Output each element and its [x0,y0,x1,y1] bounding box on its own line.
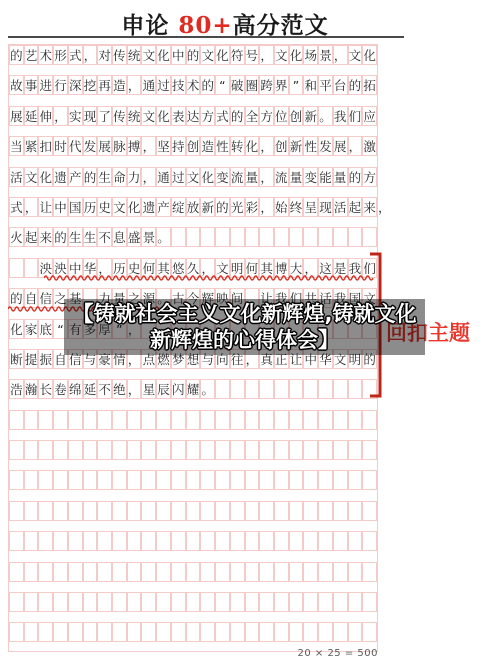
grid-cell [112,622,127,642]
grid-cell: 变 [303,167,318,187]
grid-cell [245,379,260,399]
grid-cell [289,501,304,521]
grid-cell: 产 [156,197,171,217]
grid-cell [230,410,245,430]
grid-cell [274,592,289,612]
grid-cell [303,470,318,490]
grid-cell [38,501,53,521]
grid-cell [171,622,186,642]
grid-cell: 的 [200,75,215,95]
grid-cell: 浩 [9,379,24,399]
grid-cell: 辰 [156,379,171,399]
grid-cell [230,227,245,247]
grid-cell [9,501,24,521]
grid-cell [112,562,127,582]
grid-cell: 延 [24,106,39,126]
grid-cell: 来 [38,227,53,247]
grid-cell [97,410,112,430]
grid-cell [97,470,112,490]
grid-row: 展延伸，实现了传统文化表达方式的全方位创新。我们应 [9,106,377,126]
grid-cell [112,501,127,521]
grid-cell: 新 [200,197,215,217]
grid-row [9,470,377,490]
grid-cell [127,592,142,612]
grid-cell [362,531,377,551]
grid-cell [171,410,186,430]
grid-cell [83,592,98,612]
grid-cell [333,592,348,612]
grid-cell [53,592,68,612]
grid-cell [97,562,112,582]
grid-cell: 活 [333,197,348,217]
grid-cell: 文 [112,197,127,217]
grid-cell [289,622,304,642]
grid-cell [362,592,377,612]
grid-cell [259,470,274,490]
grid-cell: 遗 [53,167,68,187]
grid-cell: 造 [200,136,215,156]
grid-cell [156,592,171,612]
grid-cell: 的 [9,45,24,65]
grid-cell: ， [83,45,98,65]
grid-cell: 变 [215,167,230,187]
grid-cell [362,470,377,490]
grid-cell: 能 [318,167,333,187]
grid-cell [127,440,142,460]
grid-cell [333,470,348,490]
grid-cell [274,470,289,490]
grid-cell: ， [259,136,274,156]
grid-cell [230,379,245,399]
grid-cell [68,531,83,551]
grid-cell: 搏 [127,136,142,156]
grid-cell [186,562,201,582]
grid-cell: ， [348,136,363,156]
grid-cell: 拓 [362,75,377,95]
grid-cell [318,470,333,490]
grid-cell: 式 [68,45,83,65]
grid-cell: 形 [53,45,68,65]
grid-cell [274,410,289,430]
grid-cell [333,379,348,399]
grid-cell [53,622,68,642]
grid-cell: 闪 [171,379,186,399]
grid-cell: 表 [171,106,186,126]
grid-cell [289,227,304,247]
grid-cell [348,379,363,399]
grid-cell [9,622,24,642]
grid-row [9,562,377,582]
grid-cell [9,410,24,430]
grid-cell [24,531,39,551]
grid-cell [186,531,201,551]
grid-cell: 号 [245,45,260,65]
grid-cell [171,501,186,521]
grid-cell [68,410,83,430]
grid-cell: 统 [127,45,142,65]
grid-cell [83,501,98,521]
grid-cell: 不 [97,379,112,399]
grid-cell: 当 [9,136,24,156]
grid-cell: 传 [112,106,127,126]
grid-cell: 统 [127,106,142,126]
grid-cell: ， [141,167,156,187]
grid-cell [215,562,230,582]
grid-cell: 遗 [141,197,156,217]
grid-cell: 扣 [38,136,53,156]
grid-cell [38,592,53,612]
grid-cell [274,562,289,582]
grid-cell: 造 [112,75,127,95]
grid-cell: 跨 [259,75,274,95]
grid-cell: 呈 [303,197,318,217]
grid-cell: 艺 [24,45,39,65]
grid-cell [348,410,363,430]
grid-cell [38,622,53,642]
grid-cell: 延 [83,379,98,399]
grid-cell: 方 [259,106,274,126]
grid-cell [200,501,215,521]
grid-cell [156,501,171,521]
grid-cell [200,592,215,612]
grid-cell [171,440,186,460]
grid-cell [141,410,156,430]
grid-cell: 历 [83,197,98,217]
grid-cell: 化 [245,136,260,156]
grid-cell: 命 [112,167,127,187]
grid-cell [186,622,201,642]
grid-cell: 绵 [68,379,83,399]
grid-cell [274,227,289,247]
grid-cell: 长 [38,379,53,399]
grid-cell: 文 [348,45,363,65]
grid-cell [24,562,39,582]
grid-cell [24,622,39,642]
grid-cell: 文 [141,106,156,126]
grid-cell: 生 [83,227,98,247]
grid-cell [274,501,289,521]
grid-cell: 景 [141,227,156,247]
grid-cell: 对 [97,45,112,65]
grid-cell [274,622,289,642]
grid-cell: 断 [9,349,24,369]
grid-cell [83,562,98,582]
grid-row: 当紧扣时代发展脉搏，坚持创造性转化，创新性发展，激 [9,136,377,156]
grid-cell: 激 [362,136,377,156]
grid-cell [348,531,363,551]
grid-cell [362,501,377,521]
grid-cell [24,440,39,460]
grid-cell: 现 [83,106,98,126]
grid-cell: 时 [53,136,68,156]
grid-cell [318,410,333,430]
grid-cell: 国 [68,197,83,217]
grid-cell [274,379,289,399]
grid-cell: 绝 [112,379,127,399]
grid-cell [333,410,348,430]
grid-cell [171,562,186,582]
grid-cell: ， [127,75,142,95]
grid-cell: 故 [9,75,24,95]
grid-cell: 活 [9,167,24,187]
grid-cell [38,562,53,582]
grid-cell: 的 [230,106,245,126]
grid-cell [112,470,127,490]
grid-cell: 量 [245,167,260,187]
grid-cell [141,470,156,490]
grid-cell: 流 [230,167,245,187]
grid-cell: 应 [362,106,377,126]
grid-row: 的艺术形式，对传统文化中的文化符号，文化场景，文化 [9,45,377,65]
grid-cell: “ [215,75,230,95]
grid-row: 浩瀚长卷绵延不绝，星辰闪耀。 [9,379,377,399]
grid-cell: 过 [171,167,186,187]
grid-cell [53,440,68,460]
grid-cell: 化 [156,45,171,65]
grid-cell: 提 [24,349,39,369]
grid-cell [9,258,24,278]
grid-cell [348,227,363,247]
grid-cell: 的 [348,167,363,187]
grid-cell: 代 [68,136,83,156]
grid-cell [200,440,215,460]
grid-cell [68,470,83,490]
grid-cell: 家 [24,319,39,339]
grid-cell [289,379,304,399]
grid-cell: 化 [38,167,53,187]
grid-cell [97,592,112,612]
grid-cell [318,501,333,521]
grid-cell [9,440,24,460]
grid-cell [303,379,318,399]
grid-cell: 振 [38,349,53,369]
grid-cell: 底 [38,319,53,339]
grid-cell: 们 [348,106,363,126]
grid-cell [186,440,201,460]
grid-cell: 流 [274,167,289,187]
grid-cell [156,410,171,430]
grid-cell [200,227,215,247]
grid-cell: ， [377,197,392,217]
grid-cell [127,501,142,521]
grid-cell [289,562,304,582]
grid-cell [333,622,348,642]
grid-cell: 化 [9,319,24,339]
grid-cell [127,470,142,490]
grid-cell [303,592,318,612]
grid-cell: 方 [200,106,215,126]
grid-cell: ” [289,75,304,95]
grid-cell: 火 [9,227,24,247]
grid-cell: 的 [348,75,363,95]
grid-cell: ， [53,106,68,126]
grid-cell: 式 [215,106,230,126]
grid-cell [24,470,39,490]
grid-cell: ， [141,136,156,156]
grid-cell: 脉 [112,136,127,156]
grid-cell: 实 [68,106,83,126]
grid-cell: 光 [230,197,245,217]
grid-cell [9,531,24,551]
grid-cell: 来 [362,197,377,217]
grid-cell [303,622,318,642]
grid-cell [156,531,171,551]
grid-cell [318,531,333,551]
grid-cell: 的 [83,167,98,187]
grid-cell [141,592,156,612]
grid-cell: 化 [156,106,171,126]
grid-cell [24,501,39,521]
grid-cell: 和 [303,75,318,95]
grid-cell [200,470,215,490]
grid-cell [112,410,127,430]
grid-cell: 量 [333,167,348,187]
grid-cell [333,501,348,521]
grid-cell: 不 [97,227,112,247]
grid-cell [83,531,98,551]
grid-cell [230,470,245,490]
grid-cell [156,440,171,460]
grid-cell: 紧 [24,136,39,156]
grid-cell [259,410,274,430]
grid-cell: 力 [127,167,142,187]
grid-cell [362,410,377,430]
grid-cell [303,440,318,460]
grid-cell: 中 [171,45,186,65]
title-score-highlight: 80+ [178,12,232,39]
grid-cell [186,501,201,521]
grid-row: 式，让中国历史文化遗产绽放新的光彩，始终呈现活起来， [9,197,377,217]
grid-row [9,531,377,551]
grid-cell [215,227,230,247]
grid-cell: 现 [318,197,333,217]
grid-cell: 。 [200,379,215,399]
grid-cell [303,562,318,582]
grid-cell [245,440,260,460]
grid-cell [141,622,156,642]
grid-cell [348,501,363,521]
grid-cell [318,379,333,399]
grid-cell: 文 [186,167,201,187]
grid-cell: 展 [97,136,112,156]
grid-cell [141,501,156,521]
grid-cell [318,622,333,642]
grid-cell: 持 [171,136,186,156]
grid-cell [245,410,260,430]
grid-cell: 圈 [245,75,260,95]
grid-cell [9,470,24,490]
grid-cell [112,440,127,460]
grid-cell [24,258,39,278]
watermark-overlay: 【铸就社会主义文化新辉煌,铸就文化 新辉煌的心得体会】 [64,299,425,355]
grid-cell: 再 [97,75,112,95]
grid-cell [127,562,142,582]
grid-cell [24,410,39,430]
grid-cell [230,440,245,460]
grid-cell [348,562,363,582]
grid-cell [127,531,142,551]
grid-cell [186,410,201,430]
grid-cell [186,470,201,490]
grid-cell [303,227,318,247]
grid-cell [9,562,24,582]
grid-cell: 台 [333,75,348,95]
grid-cell: 让 [38,197,53,217]
grid-cell: 文 [141,45,156,65]
grid-cell [53,470,68,490]
grid-cell [97,440,112,460]
grid-cell [68,501,83,521]
grid-cell: 术 [38,45,53,65]
grid-cell: 的 [215,197,230,217]
grid-cell: 发 [83,136,98,156]
grid-row [9,410,377,430]
grid-cell [186,592,201,612]
grid-cell [318,562,333,582]
grid-cell [245,227,260,247]
grid-cell: 始 [274,197,289,217]
grid-cell: 坚 [156,136,171,156]
grid-cell [215,470,230,490]
grid-cell [289,410,304,430]
grid-cell [83,470,98,490]
grid-cell: 挖 [83,75,98,95]
grid-cell: 盛 [127,227,142,247]
grid-row: 活文化遗产的生命力，通过文化变流量，流量变能量的方 [9,167,377,187]
grid-cell [259,592,274,612]
grid-cell [200,531,215,551]
grid-cell [348,592,363,612]
grid-row [9,440,377,460]
grid-row: 火起来的生生不息盛景。 [9,227,377,247]
grid-cell: 史 [97,197,112,217]
grid-cell: 化 [215,45,230,65]
grid-cell [259,440,274,460]
grid-cell [274,531,289,551]
grid-cell [171,227,186,247]
title-suffix: 高分范文 [233,12,329,39]
grid-cell: 生 [97,167,112,187]
grid-cell: 了 [97,106,112,126]
grid-cell [303,501,318,521]
grid-cell [171,470,186,490]
grid-cell [156,470,171,490]
grid-cell [200,562,215,582]
grid-cell [230,622,245,642]
sheet-size-caption: 20 × 25 = 500 [250,648,378,659]
grid-cell: ， [333,45,348,65]
grid-cell: 彩 [245,197,260,217]
grid-cell: 的 [53,227,68,247]
grid-cell: 位 [274,106,289,126]
grid-cell [156,562,171,582]
grid-cell [97,501,112,521]
grid-cell [83,410,98,430]
grid-cell: 化 [289,45,304,65]
grid-cell: 创 [186,136,201,156]
grid-cell: 量 [289,167,304,187]
grid-cell [289,531,304,551]
grid-cell: 化 [362,45,377,65]
grid-cell [215,501,230,521]
grid-cell [245,562,260,582]
grid-cell: 产 [68,167,83,187]
title-prefix: 申论 [121,12,178,39]
watermark-line-2: 新辉煌的心得体会】 [64,327,425,354]
grid-cell: 卷 [53,379,68,399]
grid-cell: 文 [24,167,39,187]
grid-cell [68,562,83,582]
